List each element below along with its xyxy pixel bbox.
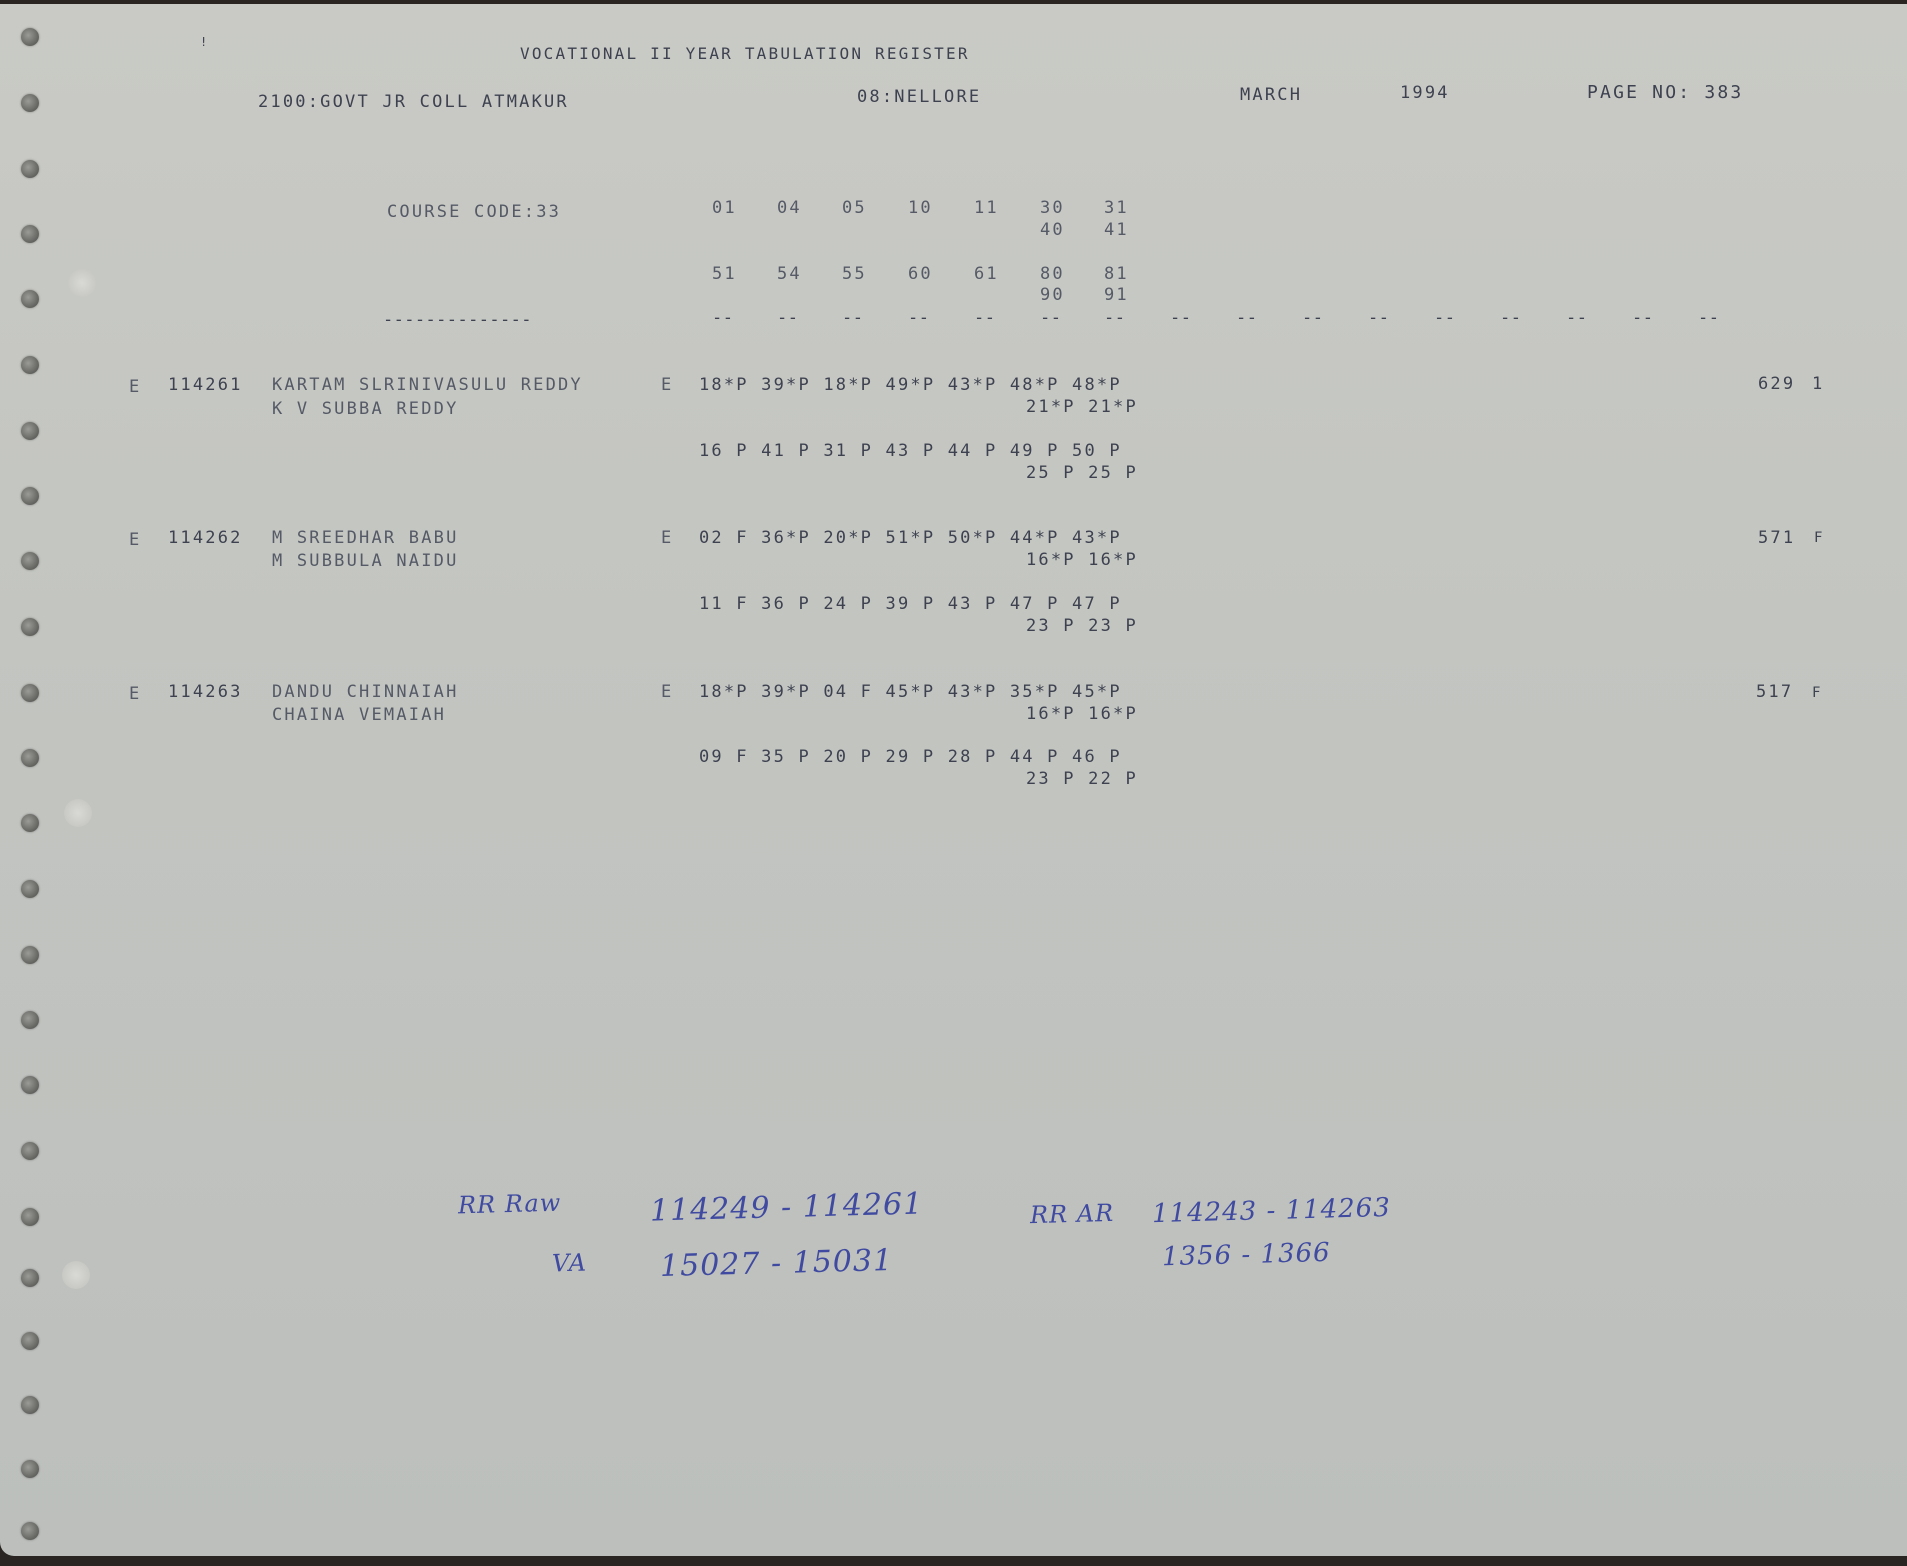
dash-col: -- <box>1566 310 1587 327</box>
punch-hole-icon <box>21 1269 39 1287</box>
marks-row-1: 18*P 39*P 18*P 49*P 43*P 48*P 48*P <box>699 377 1122 394</box>
punch-hole-icon <box>21 356 39 374</box>
dash-col: -- <box>842 310 863 327</box>
dash-col: -- <box>1632 310 1653 327</box>
subject-code: 60 <box>908 266 933 283</box>
punch-hole-icon <box>21 94 39 112</box>
marks-row-2: 09 F 35 P 20 P 29 P 28 P 44 P 46 P <box>699 749 1122 766</box>
course-underline: -------------- <box>383 312 532 329</box>
exam-month: MARCH <box>1240 87 1302 104</box>
exam-year: 1994 <box>1400 85 1450 102</box>
punch-hole-icon <box>21 160 39 178</box>
punch-hole-icon <box>21 487 39 505</box>
tabulation-register-page: ! VOCATIONAL II YEAR TABULATION REGISTER… <box>0 4 1907 1556</box>
dash-col: -- <box>1434 310 1455 327</box>
subject-code: 55 <box>842 266 867 283</box>
punch-hole-icon <box>21 749 39 767</box>
punch-hole-icon <box>21 552 39 570</box>
medium: E <box>129 686 141 703</box>
roll-number: 114261 <box>168 377 243 394</box>
district-name: 08:NELLORE <box>857 89 981 106</box>
subject-code: 31 <box>1104 200 1129 217</box>
page-title: VOCATIONAL II YEAR TABULATION REGISTER <box>520 46 970 62</box>
dash-col: -- <box>1040 310 1061 327</box>
course-code-label: COURSE CODE:33 <box>387 204 561 221</box>
marks-row-1: 02 F 36*P 20*P 51*P 50*P 44*P 43*P <box>699 530 1122 547</box>
college-name: 2100:GOVT JR COLL ATMAKUR <box>258 94 569 111</box>
marks-row-1: 18*P 39*P 04 F 45*P 43*P 35*P 45*P <box>699 684 1122 701</box>
marks-row-2b: 23 P 23 P <box>1026 618 1138 635</box>
student-name: KARTAM SLRINIVASULU REDDY <box>272 377 583 394</box>
handwritten-note-range: 1356 - 1366 <box>1162 1238 1331 1272</box>
punch-hole-icon <box>21 1076 39 1094</box>
marks-row-2b: 25 P 25 P <box>1026 465 1138 482</box>
father-name: K V SUBBA REDDY <box>272 401 459 418</box>
dash-col: -- <box>1104 310 1125 327</box>
medium: E <box>129 379 141 396</box>
punch-hole-icon <box>21 1460 39 1478</box>
subject-code: 51 <box>712 266 737 283</box>
punch-hole-icon <box>21 946 39 964</box>
father-name: M SUBBULA NAIDU <box>272 553 459 570</box>
punch-hole-icon <box>21 684 39 702</box>
result: F <box>1814 531 1825 545</box>
student-name: M SREEDHAR BABU <box>272 530 459 547</box>
roll-number: 114263 <box>168 684 243 701</box>
handwritten-note-label: RR AR <box>1030 1199 1115 1229</box>
subject-code: 61 <box>974 266 999 283</box>
subject-code: 41 <box>1104 222 1129 239</box>
punch-hole-icon <box>21 1396 39 1414</box>
punch-hole-icon <box>21 422 39 440</box>
corner-mark: ! <box>200 36 209 48</box>
medium: E <box>129 532 141 549</box>
result: 1 <box>1812 376 1824 393</box>
medium-2: E <box>661 377 673 394</box>
total-marks: 571 <box>1758 530 1795 547</box>
marks-row-2b: 23 P 22 P <box>1026 771 1138 788</box>
dash-col: -- <box>1698 310 1719 327</box>
medium-2: E <box>661 530 673 547</box>
father-name: CHAINA VEMAIAH <box>272 707 446 724</box>
result: F <box>1812 686 1823 700</box>
dash-col: -- <box>1368 310 1389 327</box>
total-marks: 629 <box>1758 376 1795 393</box>
paper-smudge <box>68 269 96 297</box>
punch-hole-icon <box>21 1011 39 1029</box>
dash-col: -- <box>1500 310 1521 327</box>
dash-col: -- <box>1170 310 1191 327</box>
dash-col: -- <box>908 310 929 327</box>
paper-smudge <box>64 799 92 827</box>
dash-col: -- <box>1302 310 1323 327</box>
page-number: PAGE NO: 383 <box>1587 84 1743 102</box>
paper-smudge <box>62 1261 90 1289</box>
punch-hole-icon <box>21 1208 39 1226</box>
dash-col: -- <box>712 310 733 327</box>
punch-hole-icon <box>21 225 39 243</box>
roll-number: 114262 <box>168 530 243 547</box>
punch-hole-icon <box>21 28 39 46</box>
handwritten-note-range: 114249 - 114261 <box>650 1186 924 1228</box>
subject-code: 40 <box>1040 222 1065 239</box>
subject-code: 80 <box>1040 266 1065 283</box>
dash-col: -- <box>974 310 995 327</box>
subject-code: 30 <box>1040 200 1065 217</box>
handwritten-note-label: VA <box>552 1249 588 1278</box>
punch-hole-icon <box>21 1522 39 1540</box>
subject-code: 10 <box>908 200 933 217</box>
subject-code: 81 <box>1104 266 1129 283</box>
subject-code: 05 <box>842 200 867 217</box>
subject-code: 01 <box>712 200 737 217</box>
total-marks: 517 <box>1756 684 1793 701</box>
handwritten-note-label: RR Raw <box>458 1189 562 1220</box>
handwritten-note-range: 114243 - 114263 <box>1152 1193 1392 1229</box>
punch-hole-icon <box>21 880 39 898</box>
medium-2: E <box>661 684 673 701</box>
marks-row-2: 16 P 41 P 31 P 43 P 44 P 49 P 50 P <box>699 443 1122 460</box>
punch-hole-icon <box>21 290 39 308</box>
subject-code: 04 <box>777 200 802 217</box>
punch-hole-icon <box>21 1332 39 1350</box>
marks-row-2: 11 F 36 P 24 P 39 P 43 P 47 P 47 P <box>699 596 1122 613</box>
subject-code: 54 <box>777 266 802 283</box>
punch-hole-icon <box>21 618 39 636</box>
punch-hole-icon <box>21 1142 39 1160</box>
subject-code: 11 <box>974 200 999 217</box>
marks-row-1b: 16*P 16*P <box>1026 706 1138 723</box>
marks-row-1b: 16*P 16*P <box>1026 552 1138 569</box>
dash-col: -- <box>777 310 798 327</box>
dash-col: -- <box>1236 310 1257 327</box>
handwritten-note-range: 15027 - 15031 <box>660 1243 894 1284</box>
student-name: DANDU CHINNAIAH <box>272 684 459 701</box>
subject-code: 91 <box>1104 287 1129 304</box>
marks-row-1b: 21*P 21*P <box>1026 399 1138 416</box>
punch-hole-icon <box>21 814 39 832</box>
subject-code: 90 <box>1040 287 1065 304</box>
